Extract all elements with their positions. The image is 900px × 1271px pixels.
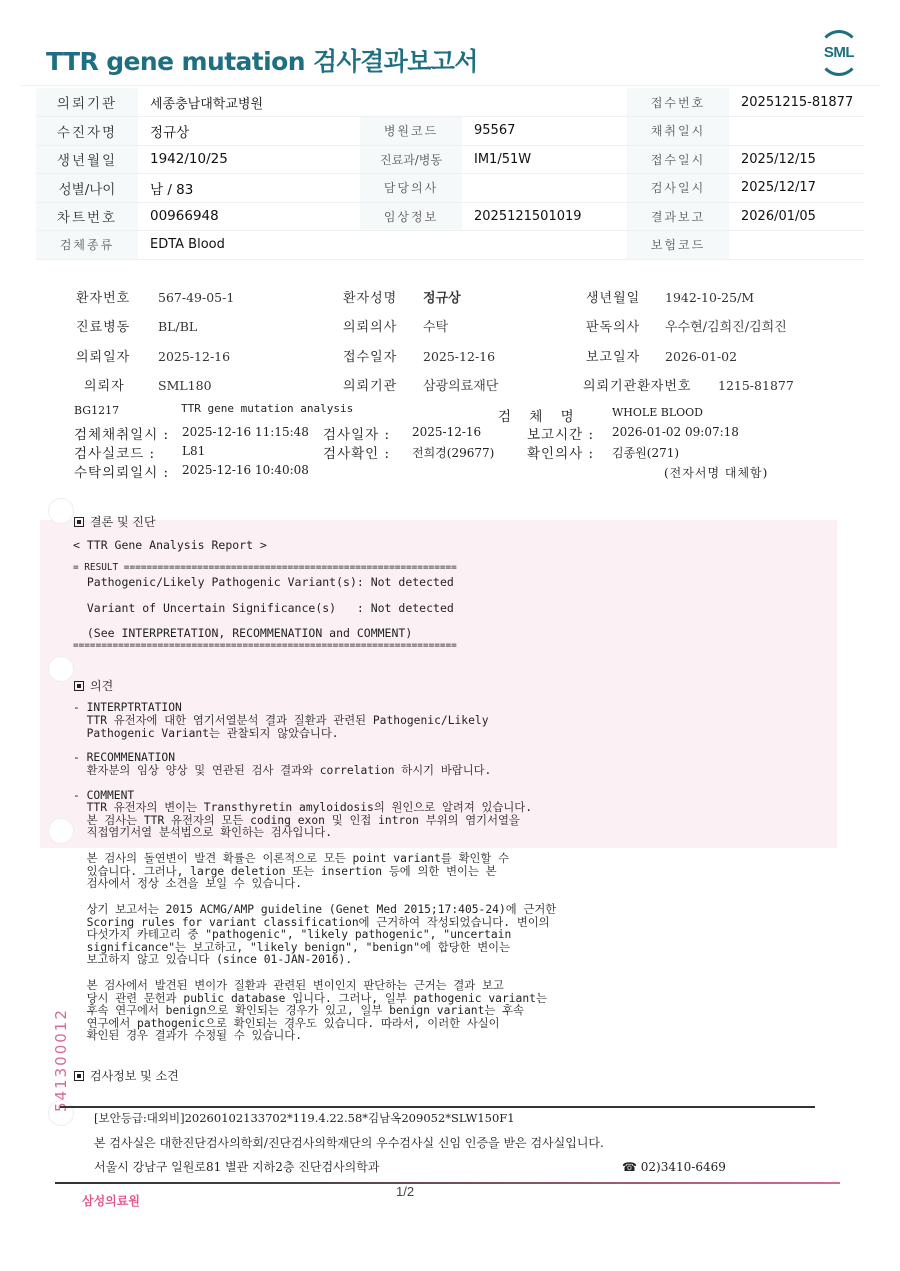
label-attending-doctor: 담당의사 xyxy=(360,174,462,203)
section-test-info-heading: 검사정보 및 소견 xyxy=(74,1067,179,1084)
field-ward: 진료병동BL/BL xyxy=(76,316,197,335)
value-confirm-doctor: 김종원(271) xyxy=(612,444,679,461)
sml-logo: SML xyxy=(814,30,864,76)
label-requesting-institution: 의뢰기관 xyxy=(36,88,138,117)
value-hospital-code: 95567 xyxy=(462,117,627,146)
field-test-date: 검사일자 : xyxy=(323,423,390,443)
phone-number: 02)3410-6469 xyxy=(641,1160,726,1174)
interpretation-title: - INTERPTRTATION xyxy=(73,702,182,715)
value-receipt-datetime: 2025/12/15 xyxy=(729,145,864,174)
field-recv-date: 접수일자2025-12-16 xyxy=(343,346,495,365)
divider xyxy=(20,85,880,86)
field-ref-doctor: 의뢰의사수탁 xyxy=(343,316,448,335)
field-dob: 생년월일1942-10-25/M xyxy=(586,287,754,306)
label-chart-number: 차트번호 xyxy=(36,202,138,231)
field-collection-time: 검체채취일시 : xyxy=(74,423,169,443)
electronic-signature-note: (전자서명 대체함) xyxy=(664,464,768,481)
value-sex-age: 남 / 83 xyxy=(138,174,360,203)
comment-text: TTR 유전자의 변이는 Transthyretin amyloidosis의 … xyxy=(73,802,532,840)
value-collection-time: 2025-12-16 11:15:48 xyxy=(182,425,309,439)
label-receipt-datetime: 접수일시 xyxy=(627,145,729,174)
field-reading-doctor: 판독의사우수현/김희진/김희진 xyxy=(586,316,787,335)
label-collection-datetime: 채취일시 xyxy=(627,117,729,146)
footer-bottom-divider xyxy=(55,1182,840,1184)
result-separator: = RESULT ===============================… xyxy=(73,563,457,573)
value-requesting-institution: 세종충남대학교병원 xyxy=(138,88,627,117)
comment-paragraph-2: 본 검사의 돌연변이 발견 확률은 이론적으로 모든 point variant… xyxy=(73,853,509,891)
test-name: TTR gene mutation analysis xyxy=(181,402,353,415)
result-vus: Variant of Uncertain Significance(s) : N… xyxy=(73,602,454,615)
label-patient-name: 수진자명 xyxy=(36,117,138,146)
field-confirm-doctor: 확인의사 : xyxy=(527,442,594,462)
value-report-time: 2026-01-02 09:07:18 xyxy=(612,425,739,439)
value-lab-code: L81 xyxy=(182,444,205,458)
result-see-note: (See INTERPRETATION, RECOMMENATION and C… xyxy=(73,627,412,640)
field-ref-date: 의뢰일자2025-12-16 xyxy=(76,346,230,365)
field-test-confirm: 검사확인 : xyxy=(323,442,390,462)
field-report-date: 보고일자2026-01-02 xyxy=(586,346,737,365)
field-requester: 의뢰자SML180 xyxy=(84,375,212,394)
value-birth-date: 1942/10/25 xyxy=(138,145,360,174)
hospital-brand: 삼성의료원 xyxy=(82,1192,140,1209)
phone-icon: ☎ xyxy=(622,1160,637,1174)
security-line: [보안등급:대외비]20260102133702*119.4.22.58*김남옥… xyxy=(94,1110,515,1126)
value-department-ward: IM1/51W xyxy=(462,145,627,174)
square-bullet-icon xyxy=(74,517,84,527)
label-result-report: 결과보고 xyxy=(627,202,729,231)
certification-note: 본 검사실은 대한진단검사의학회/진단검사의학재단의 우수검사실 신임 인증을 … xyxy=(94,1134,604,1151)
test-code: BG1217 xyxy=(74,404,119,417)
page-number: 1/2 xyxy=(396,1184,414,1199)
label-receipt-number: 접수번호 xyxy=(627,88,729,117)
label-specimen-type: 검체종류 xyxy=(36,231,138,260)
patient-info-table: 의뢰기관 세종충남대학교병원 접수번호 20251215-81877 수진자명 … xyxy=(36,88,864,260)
label-clinical-info: 임상정보 xyxy=(360,202,462,231)
field-patient-name: 환자성명정규상 xyxy=(343,287,461,306)
recommendation-title: - RECOMMENATION xyxy=(73,752,175,765)
punch-hole xyxy=(48,656,74,682)
label-sex-age: 성별/나이 xyxy=(36,174,138,203)
value-patient-name: 정규상 xyxy=(138,117,360,146)
table-row: 성별/나이 남 / 83 담당의사 검사일시 2025/12/17 xyxy=(36,174,864,203)
field-report-time: 보고시간 : xyxy=(527,423,594,443)
value-test-confirm: 전희경(29677) xyxy=(412,444,494,461)
punch-hole xyxy=(48,498,74,524)
field-inst-patient-no: 의뢰기관환자번호1215-81877 xyxy=(583,375,794,394)
label-test-datetime: 검사일시 xyxy=(627,174,729,203)
report-subtitle: < TTR Gene Analysis Report > xyxy=(73,539,267,552)
value-outsource-time: 2025-12-16 10:40:08 xyxy=(182,463,309,477)
section-opinion-heading: 의견 xyxy=(74,677,113,694)
logo-text: SML xyxy=(818,44,860,61)
table-row: 차트번호 00966948 임상정보 2025121501019 결과보고 20… xyxy=(36,202,864,231)
label-birth-date: 생년월일 xyxy=(36,145,138,174)
value-receipt-number: 20251215-81877 xyxy=(729,88,864,117)
specimen-value: WHOLE BLOOD xyxy=(612,406,703,419)
value-collection-datetime xyxy=(729,117,864,146)
recommendation-text: 환자분의 임상 양상 및 연관된 검사 결과와 correlation 하시기 … xyxy=(73,765,491,778)
lab-address: 서울시 강남구 일원로81 별관 지하2층 진단검사의학과 xyxy=(94,1158,379,1175)
punch-hole xyxy=(48,818,74,844)
value-insurance-code xyxy=(729,231,864,260)
label-insurance-code: 보험코드 xyxy=(627,231,729,260)
field-patient-no: 환자번호567-49-05-1 xyxy=(76,287,234,306)
label-department-ward: 진료과/병동 xyxy=(360,145,462,174)
table-row: 생년월일 1942/10/25 진료과/병동 IM1/51W 접수일시 2025… xyxy=(36,145,864,174)
section-conclusion-heading: 결론 및 진단 xyxy=(74,513,156,530)
table-row: 검체종류 EDTA Blood 보험코드 xyxy=(36,231,864,260)
value-specimen-type: EDTA Blood xyxy=(138,231,627,260)
square-bullet-icon xyxy=(74,681,84,691)
value-result-report: 2026/01/05 xyxy=(729,202,864,231)
interpretation-text: TTR 유전자에 대한 염기서열분석 결과 질환과 관련된 Pathogenic… xyxy=(73,715,489,740)
specimen-label: 검 체 명 xyxy=(498,405,581,425)
value-test-datetime: 2025/12/17 xyxy=(729,174,864,203)
table-row: 의뢰기관 세종충남대학교병원 접수번호 20251215-81877 xyxy=(36,88,864,117)
result-pathogenic: Pathogenic/Likely Pathogenic Variant(s):… xyxy=(73,576,454,589)
value-attending-doctor xyxy=(462,174,627,203)
side-serial-number: 541300012 xyxy=(52,1008,70,1112)
square-bullet-icon xyxy=(74,1071,84,1081)
field-outsource-time: 수탁의뢰일시 : xyxy=(74,461,169,481)
label-hospital-code: 병원코드 xyxy=(360,117,462,146)
value-clinical-info: 2025121501019 xyxy=(462,202,627,231)
comment-paragraph-3: 상기 보고서는 2015 ACMG/AMP guideline (Genet M… xyxy=(73,904,556,967)
comment-paragraph-4: 본 검사에서 발견된 변이가 질환과 관련된 변이인지 판단하는 근거는 결과 … xyxy=(73,980,547,1043)
field-ref-institution: 의뢰기관삼광의료재단 xyxy=(343,375,498,394)
field-lab-code: 검사실코드 : xyxy=(74,442,155,462)
lab-phone: ☎ 02)3410-6469 xyxy=(622,1160,726,1174)
footer-divider xyxy=(60,1106,815,1108)
result-end-separator: ========================================… xyxy=(73,641,457,651)
value-chart-number: 00966948 xyxy=(138,202,360,231)
report-title: TTR gene mutation 검사결과보고서 xyxy=(46,42,478,78)
table-row: 수진자명 정규상 병원코드 95567 채취일시 xyxy=(36,117,864,146)
value-test-date: 2025-12-16 xyxy=(412,425,481,439)
